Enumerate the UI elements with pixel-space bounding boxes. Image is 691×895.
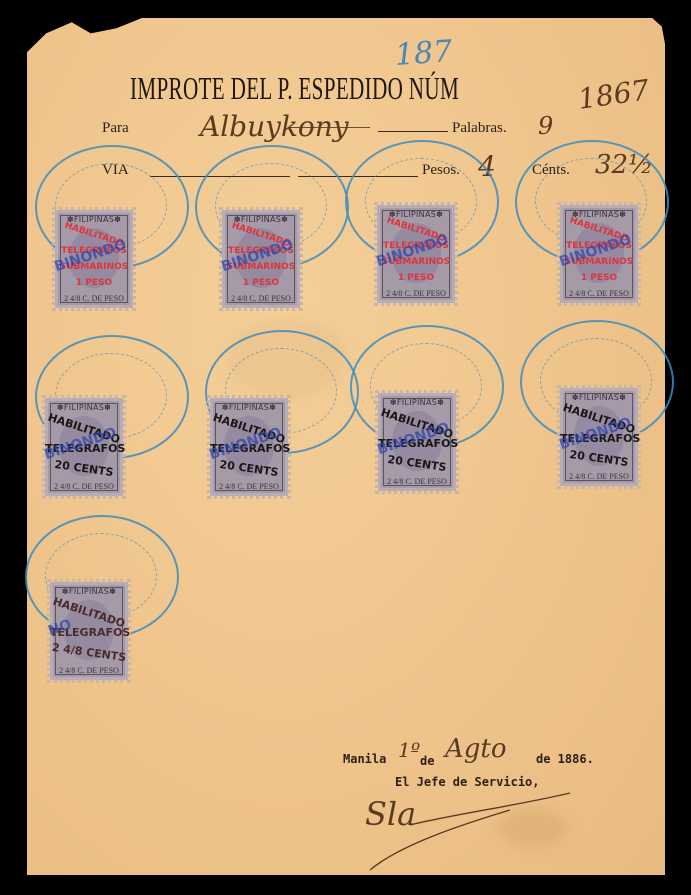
overprint-line: 1 PESO bbox=[560, 273, 638, 283]
stamp-denomination: 2 4/8 C. DE PESO bbox=[210, 482, 288, 491]
stamp-denomination: 2 4/8 C. DE PESO bbox=[378, 477, 456, 486]
stamp-denomination: 2 4/8 C. DE PESO bbox=[45, 482, 123, 491]
stamp-country: ✽FILIPINAS✽ bbox=[560, 393, 638, 402]
palabras-value: 9 bbox=[538, 112, 553, 140]
overprint-line: 1 PESO bbox=[55, 278, 133, 288]
stamp-denomination: 2 4/8 C. DE PESO bbox=[377, 289, 455, 298]
stamp-denomination: 2 4/8 C. DE PESO bbox=[55, 294, 133, 303]
stamp-country: ✽FILIPINAS✽ bbox=[378, 398, 456, 407]
year-label: de 1886. bbox=[536, 752, 594, 766]
date-day: 1º bbox=[398, 738, 420, 762]
palabras-label: Palabras. bbox=[452, 120, 507, 137]
de-label: de bbox=[420, 754, 434, 768]
stamp-denomination: 2 4/8 C. DE PESO bbox=[222, 294, 300, 303]
stamp-denomination: 2 4/8 C. DE PESO bbox=[50, 666, 128, 675]
stamp-country: ✽FILIPINAS✽ bbox=[210, 403, 288, 412]
date-month: Agto bbox=[445, 734, 507, 764]
para-label: Para bbox=[102, 120, 129, 137]
para-value: Albuykony bbox=[200, 110, 349, 143]
stamp-country: ✽FILIPINAS✽ bbox=[50, 587, 128, 596]
overprint-line: 1 PESO bbox=[222, 278, 300, 288]
signature-flourish bbox=[360, 785, 580, 875]
blue-reference-number: 187 bbox=[394, 34, 454, 73]
stamp-country: ✽FILIPINAS✽ bbox=[45, 403, 123, 412]
document-title: IMPROTE DEL P. ESPEDIDO NÚM bbox=[130, 70, 459, 107]
stamp-denomination: 2 4/8 C. DE PESO bbox=[560, 289, 638, 298]
stamp-denomination: 2 4/8 C. DE PESO bbox=[560, 472, 638, 481]
overprint-line: 1 PESO bbox=[377, 273, 455, 283]
place-label: Manila bbox=[343, 752, 386, 766]
para-rule bbox=[378, 131, 448, 132]
